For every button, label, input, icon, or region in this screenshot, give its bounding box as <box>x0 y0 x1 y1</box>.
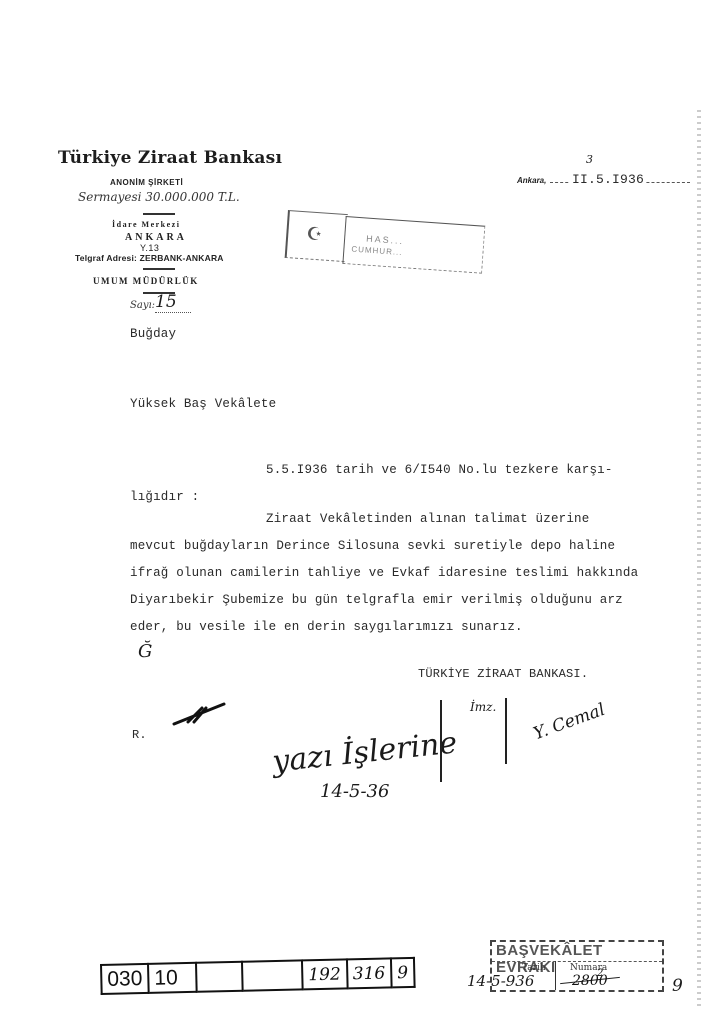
initial-r: R. <box>132 728 147 742</box>
number-label: Sayı: <box>130 300 155 311</box>
addressee: Yüksek Baş Vekâlete <box>130 397 276 411</box>
ref-cell: 10 <box>148 963 197 993</box>
divider <box>143 213 175 215</box>
body-line: mevcut buğdayların Derince Silosuna sevk… <box>130 539 615 553</box>
handwritten-mark: 3 <box>586 153 593 166</box>
paraph-mark <box>172 702 228 726</box>
registry-stamp-top: ☪ HAS... CUMHUR... <box>285 210 484 274</box>
letter-date: II.5.I936 <box>570 172 646 187</box>
body-line: Diyarıbekir Şubemize bu gün telgrafla em… <box>130 593 623 607</box>
telegraph-address: Telgraf Adresi: ZERBANK-ANKARA <box>75 253 224 263</box>
ref-cell: 030 <box>101 964 149 994</box>
ref-cell: 9 <box>391 958 414 988</box>
body-line: ifrağ olunan camilerin tahliye ve Evkaf … <box>130 566 638 580</box>
head-office-label: İdare Merkezi <box>112 220 180 229</box>
signature-stroke <box>505 698 507 764</box>
signature-1: İmz. <box>470 700 496 714</box>
number-value: 15 <box>155 292 177 312</box>
body-line: Ziraat Vekâletinden alınan talimat üzeri… <box>266 512 589 526</box>
scan-edge <box>697 110 701 1010</box>
page-mark: 9 <box>672 976 683 996</box>
ref-cell: 192 <box>302 959 347 989</box>
stamp-number-value: 2800 <box>572 973 608 989</box>
stamp-date-value: 14-5-936 <box>467 972 534 990</box>
reference-line: 5.5.I936 tarih ve 6/I540 No.lu tezkere k… <box>266 463 613 477</box>
extension: Y.13 <box>140 243 159 253</box>
subject: Buğday <box>130 327 176 341</box>
department: UMUM MÜDÜRLÜK <box>93 276 199 286</box>
handwritten-date: 14-5-36 <box>320 781 389 802</box>
city: ANKARA <box>125 232 187 243</box>
signature-block: TÜRKİYE ZİRAAT BANKASI. <box>418 667 588 681</box>
margin-initial: Ğ <box>138 641 152 662</box>
bank-name: Türkiye Ziraat Bankası <box>58 148 282 168</box>
ref-cell <box>196 962 243 992</box>
number-underline <box>155 312 191 313</box>
ref-cell <box>242 960 303 990</box>
archive-reference-box: 030 10 192 316 9 <box>100 957 415 995</box>
divider <box>143 268 175 270</box>
capital-text: Sermayesi 30.000.000 T.L. <box>78 190 240 204</box>
company-type: ANONİM ŞİRKETİ <box>110 178 183 187</box>
place-label: Ankara, <box>517 176 546 185</box>
handwritten-note: yazı İşlerine <box>271 725 459 779</box>
ref-cell: 316 <box>346 958 391 988</box>
crescent-emblem-icon: ☪ <box>306 223 324 245</box>
signature-stroke <box>440 700 442 782</box>
reference-line-cont: lığıdır : <box>130 490 199 504</box>
signature-2: Y. Cemal <box>531 700 608 744</box>
body-line: eder, bu vesile ile en derin saygılarımı… <box>130 620 523 634</box>
